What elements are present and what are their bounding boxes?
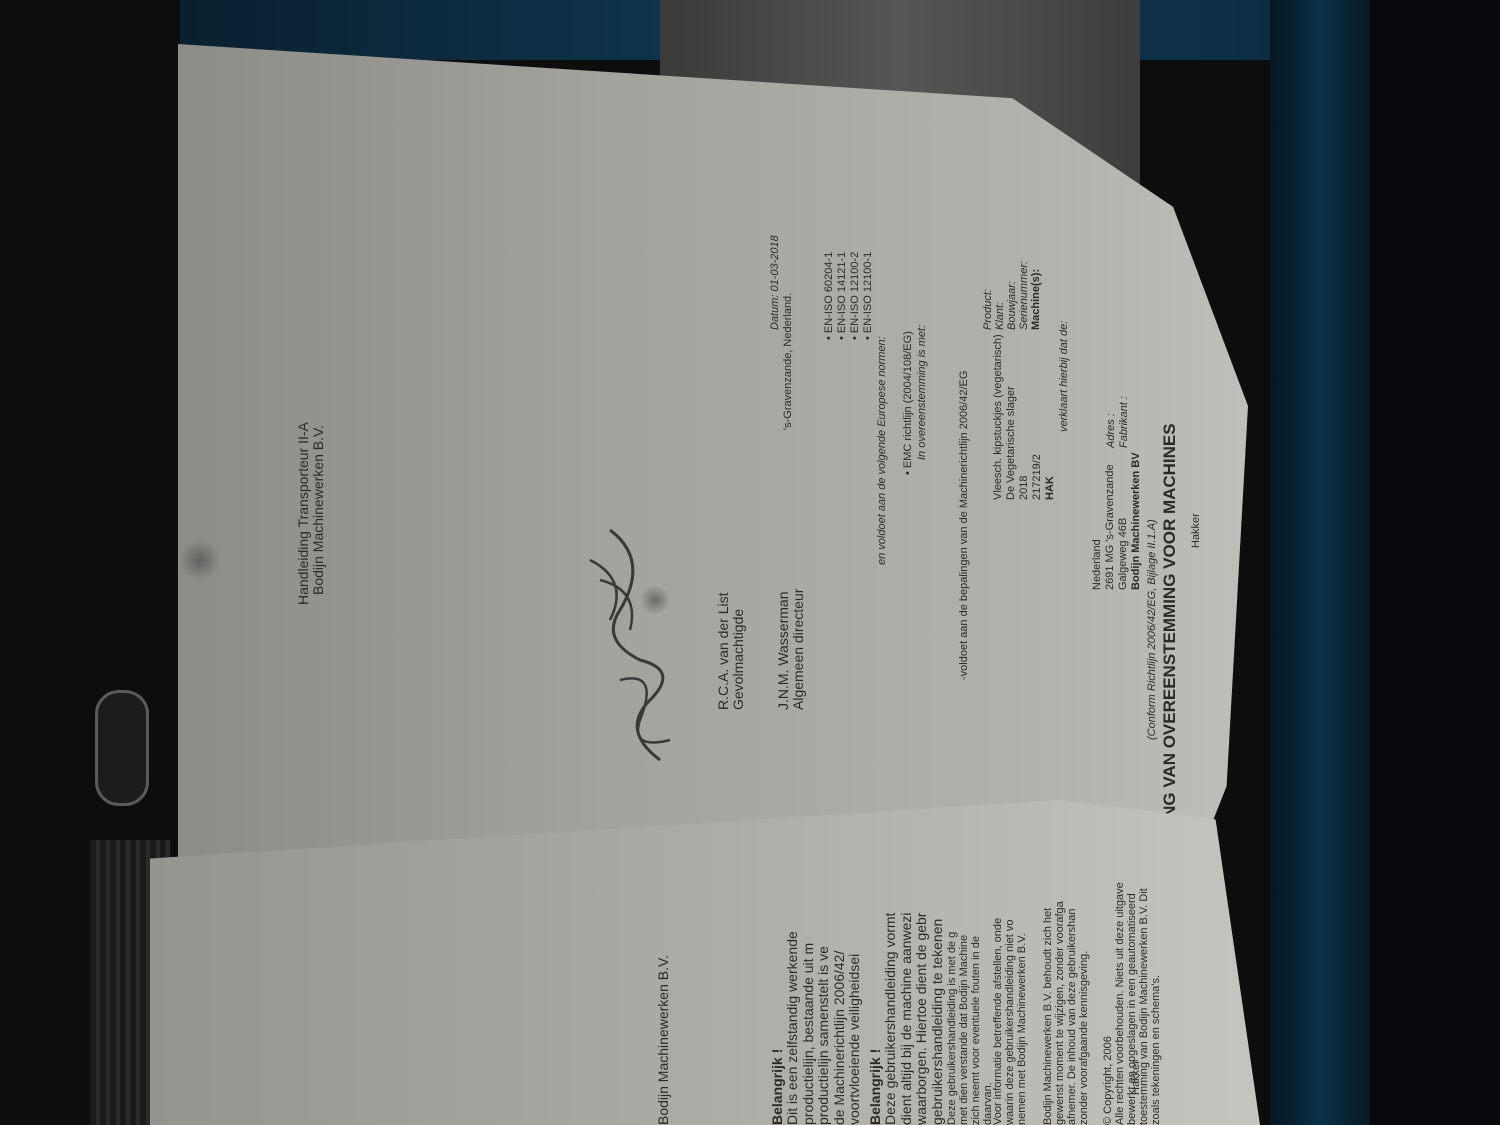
page-header-label: Hakker — [1190, 513, 1202, 548]
paragraph-line: Bodijn Machinewerken B.V. behoudt zich h… — [1042, 901, 1054, 1125]
declaration-subtitle: (Conform Richtlijn 2006/42/EG, Bijlage I… — [1146, 519, 1158, 740]
info-paragraph: Voor informatie betreffende afstellen, o… — [992, 918, 1028, 1125]
background-blue-panel-right — [1270, 0, 1370, 1125]
copyright-line: zoals tekeningen en schema's. — [1150, 882, 1162, 1125]
copyright-line: Alle rechten voorbehouden. Niets uit dez… — [1114, 882, 1126, 1125]
rights-paragraph: Bodijn Machinewerken B.V. behoudt zich h… — [1042, 901, 1090, 1125]
paragraph-line: waarborgen. Hiertoe dient de gebr — [914, 913, 929, 1125]
paragraph-line: productielijn, bestaande uit m — [801, 931, 816, 1125]
important-section-1: Belangrijk ! Deze gebruikershandleiding … — [868, 913, 945, 1125]
paragraph-line: Deze gebruikershandleiding is met de g — [946, 932, 958, 1125]
paragraph-line: Dit is een zelfstandig werkende — [785, 931, 800, 1125]
directive-emc: EMC richtlijn (2004/108/EG) — [902, 331, 914, 468]
manufacturer-city: 2691 MG 's-Gravenzande — [1104, 464, 1116, 590]
place-text: 's-Gravenzande, Nederland. — [782, 293, 794, 430]
label-fabrikant: Fabrikant : — [1118, 396, 1130, 448]
label-adres: Adres : — [1105, 413, 1117, 448]
field-label-machine: Machine(s): — [1030, 269, 1042, 330]
field-value-serial: 217219/2 — [1031, 454, 1043, 500]
date-text: Datum: 01-03-2018 — [769, 235, 781, 330]
field-label-year: Bouwjaar: — [1006, 281, 1018, 330]
standard-item: • EN-ISO 14121-1 — [836, 252, 848, 340]
standards-intro: en voldoet aan de volgende Europese norm… — [876, 336, 888, 565]
paragraph-line: nemen met Bodijn Machinewerken B.V. — [1016, 918, 1028, 1125]
field-value-client: De Vegetarische slager — [1005, 386, 1017, 500]
standard-iso-14121-1: EN-ISO 14121-1 — [836, 252, 848, 333]
copyright-line: bewerkt en opgeslagen in een geautomatis… — [1126, 882, 1138, 1125]
background-dark-area — [1370, 0, 1500, 1125]
paragraph-line: gebruikershandleiding te tekenen — [930, 913, 945, 1125]
paragraph-line: zich neemt voor eventuele fouten in de — [970, 932, 982, 1125]
copyright-line: toestemming van Bodijn Machinewerken B.V… — [1138, 882, 1150, 1125]
paragraph-line: met dien verstande dat Bodijn Machine — [958, 932, 970, 1125]
paragraph-line: afnemer. De inhoud van deze gebruikersha… — [1066, 901, 1078, 1125]
signatory1-role: Algemeen directeur — [790, 589, 806, 710]
paragraph-line: de Machinerichtlijn 2006/42/ — [832, 931, 847, 1125]
disclaimer-paragraph: Deze gebruikershandleiding is met de g m… — [946, 932, 994, 1125]
signatory1-name: J.N.M. Wasserman — [775, 592, 791, 711]
paragraph-line: daarvan. — [982, 932, 994, 1125]
copyright-block: © Copyright, 2006 Alle rechten voorbehou… — [1102, 882, 1162, 1125]
standard-item: • EN-ISO 12100-1 — [862, 252, 874, 340]
paragraph-line: voortvloeiende veiligheidsei — [847, 931, 862, 1125]
binder-clip — [95, 690, 149, 806]
paragraph-line: gewenst moment te wijzigen, zonder voora… — [1054, 901, 1066, 1125]
complies-statement: -voldoet aan de bepalingen van de Machin… — [958, 371, 970, 680]
paragraph-line: Deze gebruikershandleiding vormt — [883, 913, 898, 1125]
manufacturer-street: Galgeweg 46B — [1117, 518, 1129, 590]
manufacturer-country: Nederland — [1091, 539, 1103, 590]
standard-iso-12100-1: EN-ISO 12100-1 — [862, 252, 874, 333]
standard-item: • EN-ISO 60204-1 — [823, 252, 835, 340]
field-value-product: Vleesch. kipstuckjes (vegetarisch) — [992, 334, 1004, 500]
directive-item: • EMC richtlijn (2004/108/EG) — [902, 331, 914, 475]
right-footer-company: Bodijn Machinewerken B.V. — [655, 955, 671, 1125]
important-heading: Belangrijk ! — [770, 931, 785, 1125]
paragraph-line: productielijn samenstelt is ve — [816, 931, 831, 1125]
signatory2-name: R.C.A. van der List — [715, 593, 731, 711]
important-heading: Belangrijk ! — [868, 913, 883, 1125]
standard-iso-60204-1: EN-ISO 60204-1 — [823, 252, 835, 333]
copyright-line: © Copyright, 2006 — [1102, 882, 1114, 1125]
paragraph-line: waarin deze gebruikershandleiding niet v… — [1004, 918, 1016, 1125]
standard-item: • EN-ISO 12100-2 — [849, 252, 861, 340]
footer-company: Bodijn Machinewerken B.V. — [310, 425, 326, 595]
paragraph-line: zonder voorafgaande kennisgeving. — [1078, 901, 1090, 1125]
facing-page — [150, 800, 1260, 1125]
field-value-year: 2018 — [1018, 476, 1030, 500]
field-label-serial: Serienummer: — [1018, 261, 1030, 330]
handwritten-signature — [580, 520, 700, 770]
signatory2-role: Gevolmachtigde — [730, 609, 746, 710]
smudge — [180, 540, 220, 580]
field-label-product: Product: — [982, 289, 994, 330]
field-label-client: Klant: — [994, 302, 1006, 330]
field-value-machine: HAK — [1044, 476, 1056, 500]
in-accordance-heading: In overeenstemming is met: — [916, 325, 928, 460]
important-section-2: Belangrijk ! Dit is een zelfstandig werk… — [770, 931, 862, 1125]
standard-iso-12100-2: EN-ISO 12100-2 — [849, 252, 861, 333]
paragraph-line: dient altijd bij de machine aanwezi — [899, 913, 914, 1125]
declares-text: verklaart hierbij dat de: — [1058, 321, 1070, 432]
manufacturer-name: Bodijn Machinewerken BV — [1130, 452, 1142, 590]
footer-manual-title: Handleiding Transporteur II-A — [295, 422, 311, 605]
